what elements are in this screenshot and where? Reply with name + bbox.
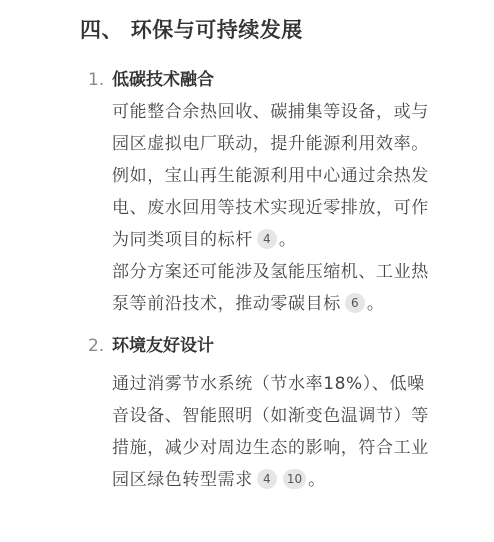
sentence-end: 。 bbox=[308, 470, 326, 490]
text-line: 例如，宝山再生能源利用中心通过余热发 bbox=[112, 160, 476, 192]
list-number: 2. bbox=[88, 330, 112, 362]
list-item-low-carbon: 1. 低碳技术融合 可能整合余热回收、碳捕集等设备，或与 园区虚拟电厂联动，提升… bbox=[88, 64, 488, 320]
paragraph: 可能整合余热回收、碳捕集等设备，或与 园区虚拟电厂联动，提升能源利用效率。 例如… bbox=[112, 96, 476, 256]
text-line: 为同类项目的标杆4。 bbox=[112, 224, 476, 256]
text-line: 电、废水回用等技术实现近零排放，可作 bbox=[112, 192, 476, 224]
numbered-list: 1. 低碳技术融合 可能整合余热回收、碳捕集等设备，或与 园区虚拟电厂联动，提升… bbox=[88, 64, 488, 496]
text-line: 部分方案还可能涉及氢能压缩机、工业热 bbox=[112, 256, 476, 288]
citation-badge[interactable]: 6 bbox=[345, 293, 365, 313]
sentence-end: 。 bbox=[279, 230, 297, 250]
list-item-title: 环境友好设计 bbox=[112, 330, 214, 362]
text-line: 措施，减少对周边生态的影响，符合工业 bbox=[112, 432, 476, 464]
text-line: 音设备、智能照明（如渐变色温调节）等 bbox=[112, 400, 476, 432]
text-segment: 为同类项目的标杆 bbox=[112, 230, 253, 250]
text-line: 园区虚拟电厂联动，提升能源利用效率。 bbox=[112, 128, 476, 160]
section-title: 四、 环保与可持续发展 bbox=[80, 14, 303, 44]
list-item-header: 1. 低碳技术融合 bbox=[88, 64, 488, 96]
text-segment: 园区绿色转型需求 bbox=[112, 470, 253, 490]
text-segment: 泵等前沿技术，推动零碳目标 bbox=[112, 294, 341, 314]
list-number: 1. bbox=[88, 64, 112, 96]
citation-badge[interactable]: 10 bbox=[283, 469, 306, 489]
text-line: 园区绿色转型需求410。 bbox=[112, 464, 476, 496]
sentence-end: 。 bbox=[367, 294, 385, 314]
list-item-eco-design: 2. 环境友好设计 通过消雾节水系统（节水率18%）、低噪 音设备、智能照明（如… bbox=[88, 330, 488, 496]
text-line: 泵等前沿技术，推动零碳目标6。 bbox=[112, 288, 476, 320]
list-item-header: 2. 环境友好设计 bbox=[88, 330, 488, 362]
text-line: 可能整合余热回收、碳捕集等设备，或与 bbox=[112, 96, 476, 128]
list-item-title: 低碳技术融合 bbox=[112, 64, 214, 96]
paragraph: 部分方案还可能涉及氢能压缩机、工业热 泵等前沿技术，推动零碳目标6。 bbox=[112, 256, 476, 320]
paragraph: 通过消雾节水系统（节水率18%）、低噪 音设备、智能照明（如渐变色温调节）等 措… bbox=[112, 368, 476, 496]
citation-badge[interactable]: 4 bbox=[257, 229, 277, 249]
citation-badge[interactable]: 4 bbox=[257, 469, 277, 489]
text-line: 通过消雾节水系统（节水率18%）、低噪 bbox=[112, 368, 476, 400]
